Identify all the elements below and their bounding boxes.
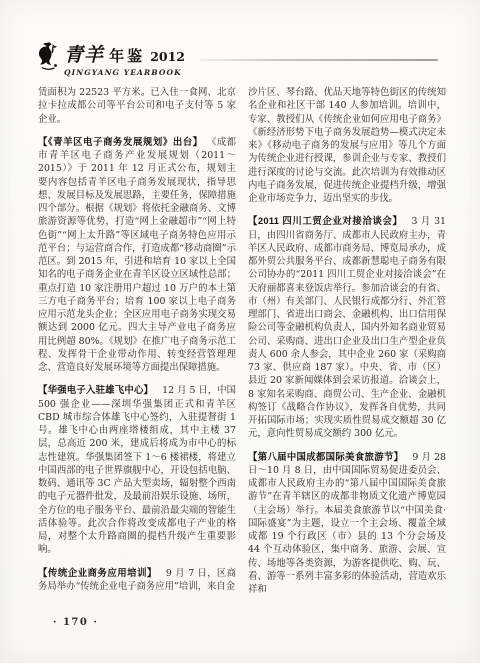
entry-huaqiang-xiongfei: 【华强电子入驻雄飞中心】12 月 5 日，中国 500 强企业——深圳华强集团正… bbox=[38, 383, 236, 556]
entry-food-tourism-festival: 【第八届中国成都国际美食旅游节】9 月 28 日～10 月 8 日，由中国国际贸… bbox=[248, 450, 446, 597]
entry-ecommerce-plan: 【《青羊区电子商务发展规划》出台】《成都市青羊区电子商务产业发展规划（2011～… bbox=[38, 135, 236, 375]
continuation-paragraph: 沙片区、琴台路、优品天地等特色街区的传统知名企业和社区干部 140 人参加培训。… bbox=[248, 86, 446, 205]
entry-text: 12 月 5 日，中国 500 强企业——深圳华强集团正式和青羊区 CBD 城市… bbox=[38, 385, 236, 555]
entry-trade-fair: 【2011 四川工贸企业对接洽谈会】3 月 31 日，由四川省商务厅、成都市人民… bbox=[248, 214, 446, 440]
yearbook-page: 青羊 年鉴 2012 QINGYANG YEARBOOK 赁面积为 22523 … bbox=[0, 0, 480, 663]
entry-heading: 【传统企业商务应用培训】 bbox=[38, 567, 157, 578]
entry-enterprise-training: 【传统企业商务应用培训】9 月 7 日，区商务局举办“传统企业电子商务应用”培训… bbox=[38, 566, 236, 594]
entry-heading: 【华强电子入驻雄飞中心】 bbox=[38, 384, 153, 395]
entry-heading: 【第八届中国成都国际美食旅游节】 bbox=[248, 451, 403, 462]
yearbook-title: 青羊 年鉴 2012 bbox=[64, 40, 185, 67]
entry-text: 9 月 28 日～10 月 8 日，由中国国际贸易促进委员会、成都市人民政府主办… bbox=[248, 452, 446, 596]
page-header: 青羊 年鉴 2012 QINGYANG YEARBOOK bbox=[36, 40, 438, 77]
page-number: · 170 · bbox=[53, 617, 98, 628]
yearbook-subtitle: QINGYANG YEARBOOK bbox=[64, 68, 185, 77]
logo-text: 青羊 年鉴 2012 QINGYANG YEARBOOK bbox=[64, 40, 185, 77]
left-column: 赁面积为 22523 平方米。已入住一食网、北京拉卡拉成都公司等平台公司和电子支… bbox=[38, 86, 236, 596]
paragraph-text: 沙片区、琴台路、优品天地等特色街区的传统知名企业和社区干部 140 人参加培训。… bbox=[248, 87, 446, 204]
header-rule bbox=[199, 59, 438, 61]
entry-text: 3 月 31 日，由四川省商务厅、成都市人民政府主办，青羊区人民政府、成都市商务… bbox=[248, 216, 446, 439]
yearbook-year: 2012 bbox=[150, 49, 185, 64]
entry-text: 《成都市青羊区电子商务产业发展规划（2011～2015）》于 2011 年 12… bbox=[38, 137, 236, 373]
entry-heading: 【2011 四川工贸企业对接洽谈会】 bbox=[248, 215, 402, 226]
continuation-paragraph: 赁面积为 22523 平方米。已入住一食网、北京拉卡拉成都公司等平台公司和电子支… bbox=[38, 86, 236, 126]
calligraphic-goat-logo-icon bbox=[36, 41, 61, 76]
page-body: 赁面积为 22523 平方米。已入住一食网、北京拉卡拉成都公司等平台公司和电子支… bbox=[38, 86, 446, 596]
yearbook-title-script: 青羊 bbox=[64, 44, 104, 66]
yearbook-logo: 青羊 年鉴 2012 QINGYANG YEARBOOK bbox=[36, 40, 185, 77]
yearbook-title-plain: 年鉴 bbox=[109, 47, 145, 65]
entry-heading: 【《青羊区电子商务发展规划》出台】 bbox=[38, 136, 203, 147]
right-column: 沙片区、琴台路、优品天地等特色街区的传统知名企业和社区干部 140 人参加培训。… bbox=[248, 86, 446, 596]
paragraph-text: 赁面积为 22523 平方米。已入住一食网、北京拉卡拉成都公司等平台公司和电子支… bbox=[38, 87, 236, 125]
